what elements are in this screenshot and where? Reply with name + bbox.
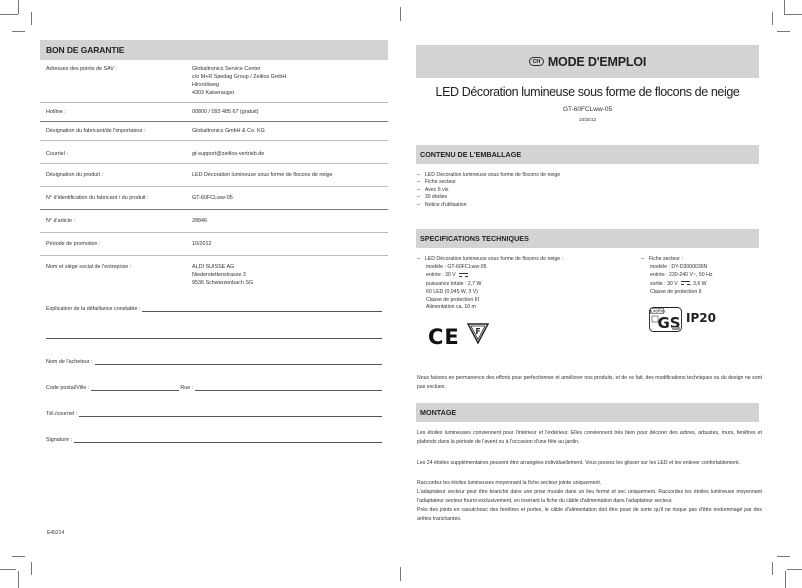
table-row: N° d'article : 28846 [40,210,388,233]
mounting-paragraph: Près des joints en caoutchouc des fenêtr… [417,506,762,524]
contents-list: LED Décoration lumineuse sous forme de f… [417,172,560,209]
adapter-model: modèle : DY-D3000036N [641,263,712,271]
country-badge: CH [529,57,544,66]
f-mark-icon: F [467,322,489,344]
table-row: Désignation du produit : LED Décoration … [40,164,388,187]
dc-current-icon [459,273,468,277]
list-item: Avec 6 vis [417,187,560,194]
row-label: Courriel : [46,150,192,158]
adapter-protection: Classe de protection II [641,288,712,296]
svg-text:eurofins: eurofins [649,309,665,314]
buyer-name-label: Nom de l'acheteur : [46,359,95,365]
crop-mark [777,556,790,557]
led-power: puissance totale : 2,7 W [417,280,563,288]
crop-mark [784,14,802,15]
crop-mark [12,31,25,32]
address-line: Niederstettenstrasse 3 [192,271,382,279]
address-line: 9536 Schwarzenbach SG [192,279,382,287]
row-value: 28846 [192,217,382,225]
led-cable: Alimentation ca. 10 m [417,304,563,311]
manual-header: CH MODE D'EMPLOI [416,45,759,78]
list-item: Notice d'utilisation [417,202,560,209]
defect-input-line[interactable] [142,305,382,312]
list-item: LED Décoration lumineuse sous forme de f… [417,172,560,179]
warranty-page: BON DE GARANTIE Adresses des points de S… [0,0,401,588]
address-line: Globaltronics Service Center [192,65,382,73]
led-specs-title: LED Décoration lumineuse sous forme de f… [417,255,563,263]
warranty-heading: BON DE GARANTIE [40,40,388,60]
phone-email-input-line[interactable] [79,410,382,417]
ce-mark-icon: CE [428,325,460,349]
crop-mark [785,571,786,588]
address-line: ALDI SUISSE AG [192,263,382,271]
buyer-name-input-line[interactable] [95,358,382,365]
crop-mark [772,12,773,25]
row-label: Adresses des points de SAV : [46,65,192,97]
row-value: Globaltronics GmbH & Co. KG [192,127,382,135]
phone-email-field[interactable]: Tél./courriel : [46,407,382,417]
mounting-paragraph: Raccordez les étoiles lumineuses moyenna… [417,479,762,488]
crop-mark [777,31,790,32]
gs-certification-icon: eurofins GS [649,307,682,332]
table-row: Période de promotion : 10/2012 [40,233,388,256]
mounting-heading: MONTAGE [416,403,759,422]
adapter-specs: Fiche secteur : modèle : DY-D3000036N en… [641,255,712,296]
mounting-paragraph: Les 24 étoiles supplémentaires peuvent ê… [417,459,762,468]
crop-mark [772,562,773,575]
crop-mark [784,0,785,14]
defect-input-line[interactable] [46,332,382,339]
dc-current-icon [681,281,690,285]
document-code: E45214 [47,530,64,536]
row-label: Désignation du produit : [46,171,192,179]
street-input-line[interactable] [195,384,382,391]
row-label: Nom et siège social de l'entreprise : [46,263,192,287]
specs-heading: SPECIFICATIONS TECHNIQUES [416,229,759,248]
contents-heading: CONTENU DE L'EMBALLAGE [416,145,759,164]
led-count: 60 LED (0,045 W, 3 V) [417,288,563,296]
led-model: modèle : GT-60FCLww-05 [417,263,563,271]
row-value: LED Décoration lumineuse sous forme de f… [192,171,382,179]
led-protection: Classe de protection III [417,296,563,304]
adapter-input: entrée : 230-240 V~, 50 Hz [641,271,712,279]
led-specs: LED Décoration lumineuse sous forme de f… [417,255,563,311]
phone-email-label: Tél./courriel : [46,411,79,417]
street-label: Rue : [179,385,195,391]
buyer-name-field[interactable]: Nom de l'acheteur : [46,355,382,365]
address-line: Hirsrütiweg [192,81,382,89]
adapter-output: sortie : 30 V , 3,6 W [641,280,712,288]
signature-field[interactable]: Signature : [46,433,382,443]
crop-mark [787,569,802,570]
row-value: Globaltronics Service Center c/o M+R Spe… [192,65,382,97]
row-value: gt-support@zeitlos-vertrieb.de [192,150,382,158]
row-label: N° d'identification du fabricant / du pr… [46,194,192,202]
table-row: N° d'identification du fabricant / du pr… [40,187,388,210]
crop-mark [0,14,18,15]
table-row: Nom et siège social de l'entreprise : AL… [40,256,388,292]
crop-mark [31,12,32,25]
led-input: entrée : 30 V [417,271,563,279]
signature-label: Signature : [46,437,74,443]
postal-input-line[interactable] [91,384,179,391]
crop-mark [12,556,25,557]
product-title: LED Décoration lumineuse sous forme de f… [416,85,759,99]
document-date: 10/2012 [416,118,759,123]
address-line: 4303 Kaiseraugst [192,89,382,97]
table-row: Désignation du fabricant/de l'importateu… [40,122,388,141]
signature-input-line[interactable] [74,436,382,443]
postal-label: Code postal/Ville : [46,385,91,391]
address-field[interactable]: Code postal/Ville : Rue : [46,381,382,391]
crop-mark [31,562,32,575]
crop-mark [0,569,16,570]
defect-field[interactable]: Explication de la défaillance constatée … [46,302,382,312]
svg-text:F: F [475,327,480,336]
row-value: 10/2012 [192,240,382,248]
defect-field-continued[interactable] [46,329,382,339]
table-row: Hotline : 00800 / 093 485 67 (gratuit) [40,103,388,122]
row-value: ALDI SUISSE AG Niederstettenstrasse 3 95… [192,263,382,287]
crop-mark [18,571,19,588]
row-value: GT-60FCLww-05 [192,194,382,202]
address-line: c/o M+R Spedag Group / Zeitlos GmbH [192,73,382,81]
ip-rating: IP20 [686,311,716,325]
mounting-paragraph: Les étoiles lumineuses conviennent pour … [417,429,762,447]
row-label: Période de promotion : [46,240,192,248]
disclaimer-text: Nous faisons en permanence des efforts p… [417,374,762,392]
row-label: Désignation du fabricant/de l'importateu… [46,127,192,135]
row-label: Hotline : [46,108,192,116]
row-label: N° d'article : [46,217,192,225]
list-item: 30 étoiles [417,194,560,201]
manual-page: CH MODE D'EMPLOI LED Décoration lumineus… [401,0,802,588]
manual-header-title: MODE D'EMPLOI [548,55,646,69]
defect-label: Explication de la défaillance constatée … [46,306,142,312]
table-row: Courriel : gt-support@zeitlos-vertrieb.d… [40,145,388,164]
adapter-specs-title: Fiche secteur : [641,255,712,263]
table-row: Adresses des points de SAV : Globaltroni… [40,60,388,103]
crop-mark [18,0,19,14]
product-model: GT-60FCLww-05 [416,106,759,113]
row-value: 00800 / 093 485 67 (gratuit) [192,108,382,116]
list-item: Fiche secteur [417,179,560,186]
warranty-table: Adresses des points de SAV : Globaltroni… [40,60,388,292]
mounting-paragraph: L'adaptateur secteur peut être branché d… [417,488,762,506]
